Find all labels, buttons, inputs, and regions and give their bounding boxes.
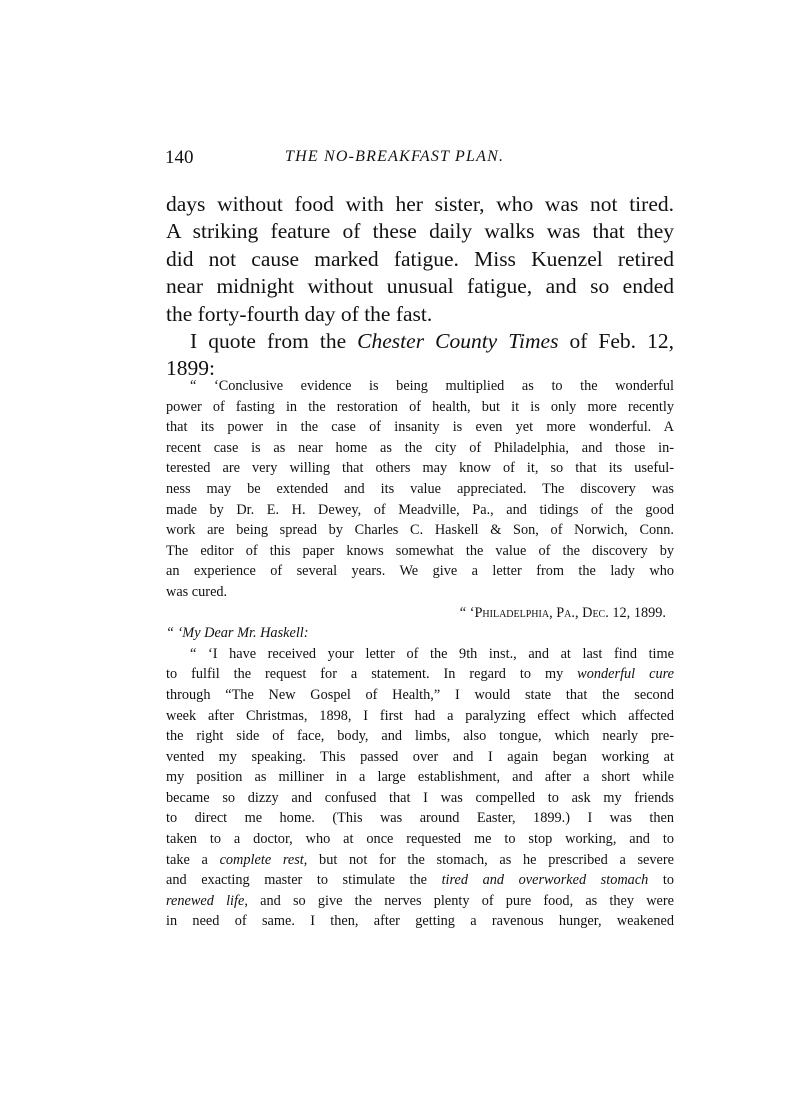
text-line: taken to a doctor, who at once requested…	[166, 829, 674, 850]
text-line: renewed life, and so give the nerves ple…	[166, 891, 674, 912]
text-line: week after Christmas, 1898, I first had …	[166, 706, 674, 727]
paragraph-fasting-walks: days without food with her sister, who w…	[166, 191, 674, 328]
text-line: did not cause marked fatigue. Miss Kuenz…	[166, 246, 674, 273]
text-line: A striking feature of these daily walks …	[166, 218, 674, 245]
page-number: 140	[165, 147, 194, 169]
text-line: to fulfil the request for a statement. I…	[166, 664, 674, 685]
paragraph-quote-intro: I quote from the Chester County Times of…	[166, 328, 674, 383]
text-line: vented my speaking. This passed over and…	[166, 747, 674, 768]
text-line: near midnight without unusual fatigue, a…	[166, 273, 674, 300]
text-line: the forty-fourth day of the fast.	[166, 301, 674, 328]
quoted-article: “ ‘Conclusive evidence is being multipli…	[166, 376, 674, 932]
text-line: I quote from the Chester County Times of…	[166, 328, 674, 355]
text-line: ness may be extended and its value appre…	[166, 479, 674, 500]
text-line: to direct me home. (This was around East…	[166, 808, 674, 829]
letter-body: “ ‘I have received your letter of the 9t…	[166, 644, 674, 932]
text-line: take a complete rest, but not for the st…	[166, 850, 674, 871]
text-line: in need of same. I then, after getting a…	[166, 911, 674, 932]
text-line: became so dizzy and confused that I was …	[166, 788, 674, 809]
text-line: made by Dr. E. H. Dewey, of Meadville, P…	[166, 500, 674, 521]
article-paragraph: “ ‘Conclusive evidence is being multipli…	[166, 376, 674, 603]
letter-dateline: “ ‘Philadelphia, Pa., Dec. 12, 1899.	[166, 603, 674, 624]
text-line: power of fasting in the restoration of h…	[166, 397, 674, 418]
text-line: work are being spread by Charles C. Hask…	[166, 520, 674, 541]
text-line: the right side of face, body, and limbs,…	[166, 726, 674, 747]
text-line: days without food with her sister, who w…	[166, 191, 674, 218]
page-header: 140 THE NO-BREAKFAST PLAN.	[165, 147, 675, 169]
text-line: an experience of several years. We give …	[166, 561, 674, 582]
text-line: “ ‘I have received your letter of the 9t…	[166, 644, 674, 665]
text-line: The editor of this paper knows somewhat …	[166, 541, 674, 562]
text-line: that its power in the case of insanity i…	[166, 417, 674, 438]
main-text: days without food with her sister, who w…	[166, 191, 674, 383]
text-line: through “The New Gospel of Health,” I wo…	[166, 685, 674, 706]
text-line: was cured.	[166, 582, 674, 603]
text-line: terested are very willing that others ma…	[166, 458, 674, 479]
text-line: my position as milliner in a large estab…	[166, 767, 674, 788]
letter-salutation: “ ‘My Dear Mr. Haskell:	[166, 623, 674, 644]
text-line: and exacting master to stimulate the tir…	[166, 870, 674, 891]
text-line: “ ‘Conclusive evidence is being multipli…	[166, 376, 674, 397]
book-page: 140 THE NO-BREAKFAST PLAN. days without …	[0, 0, 790, 1115]
running-title: THE NO-BREAKFAST PLAN.	[285, 148, 504, 166]
text-line: recent case is as near home as the city …	[166, 438, 674, 459]
newspaper-title: Chester County Times	[357, 329, 558, 353]
